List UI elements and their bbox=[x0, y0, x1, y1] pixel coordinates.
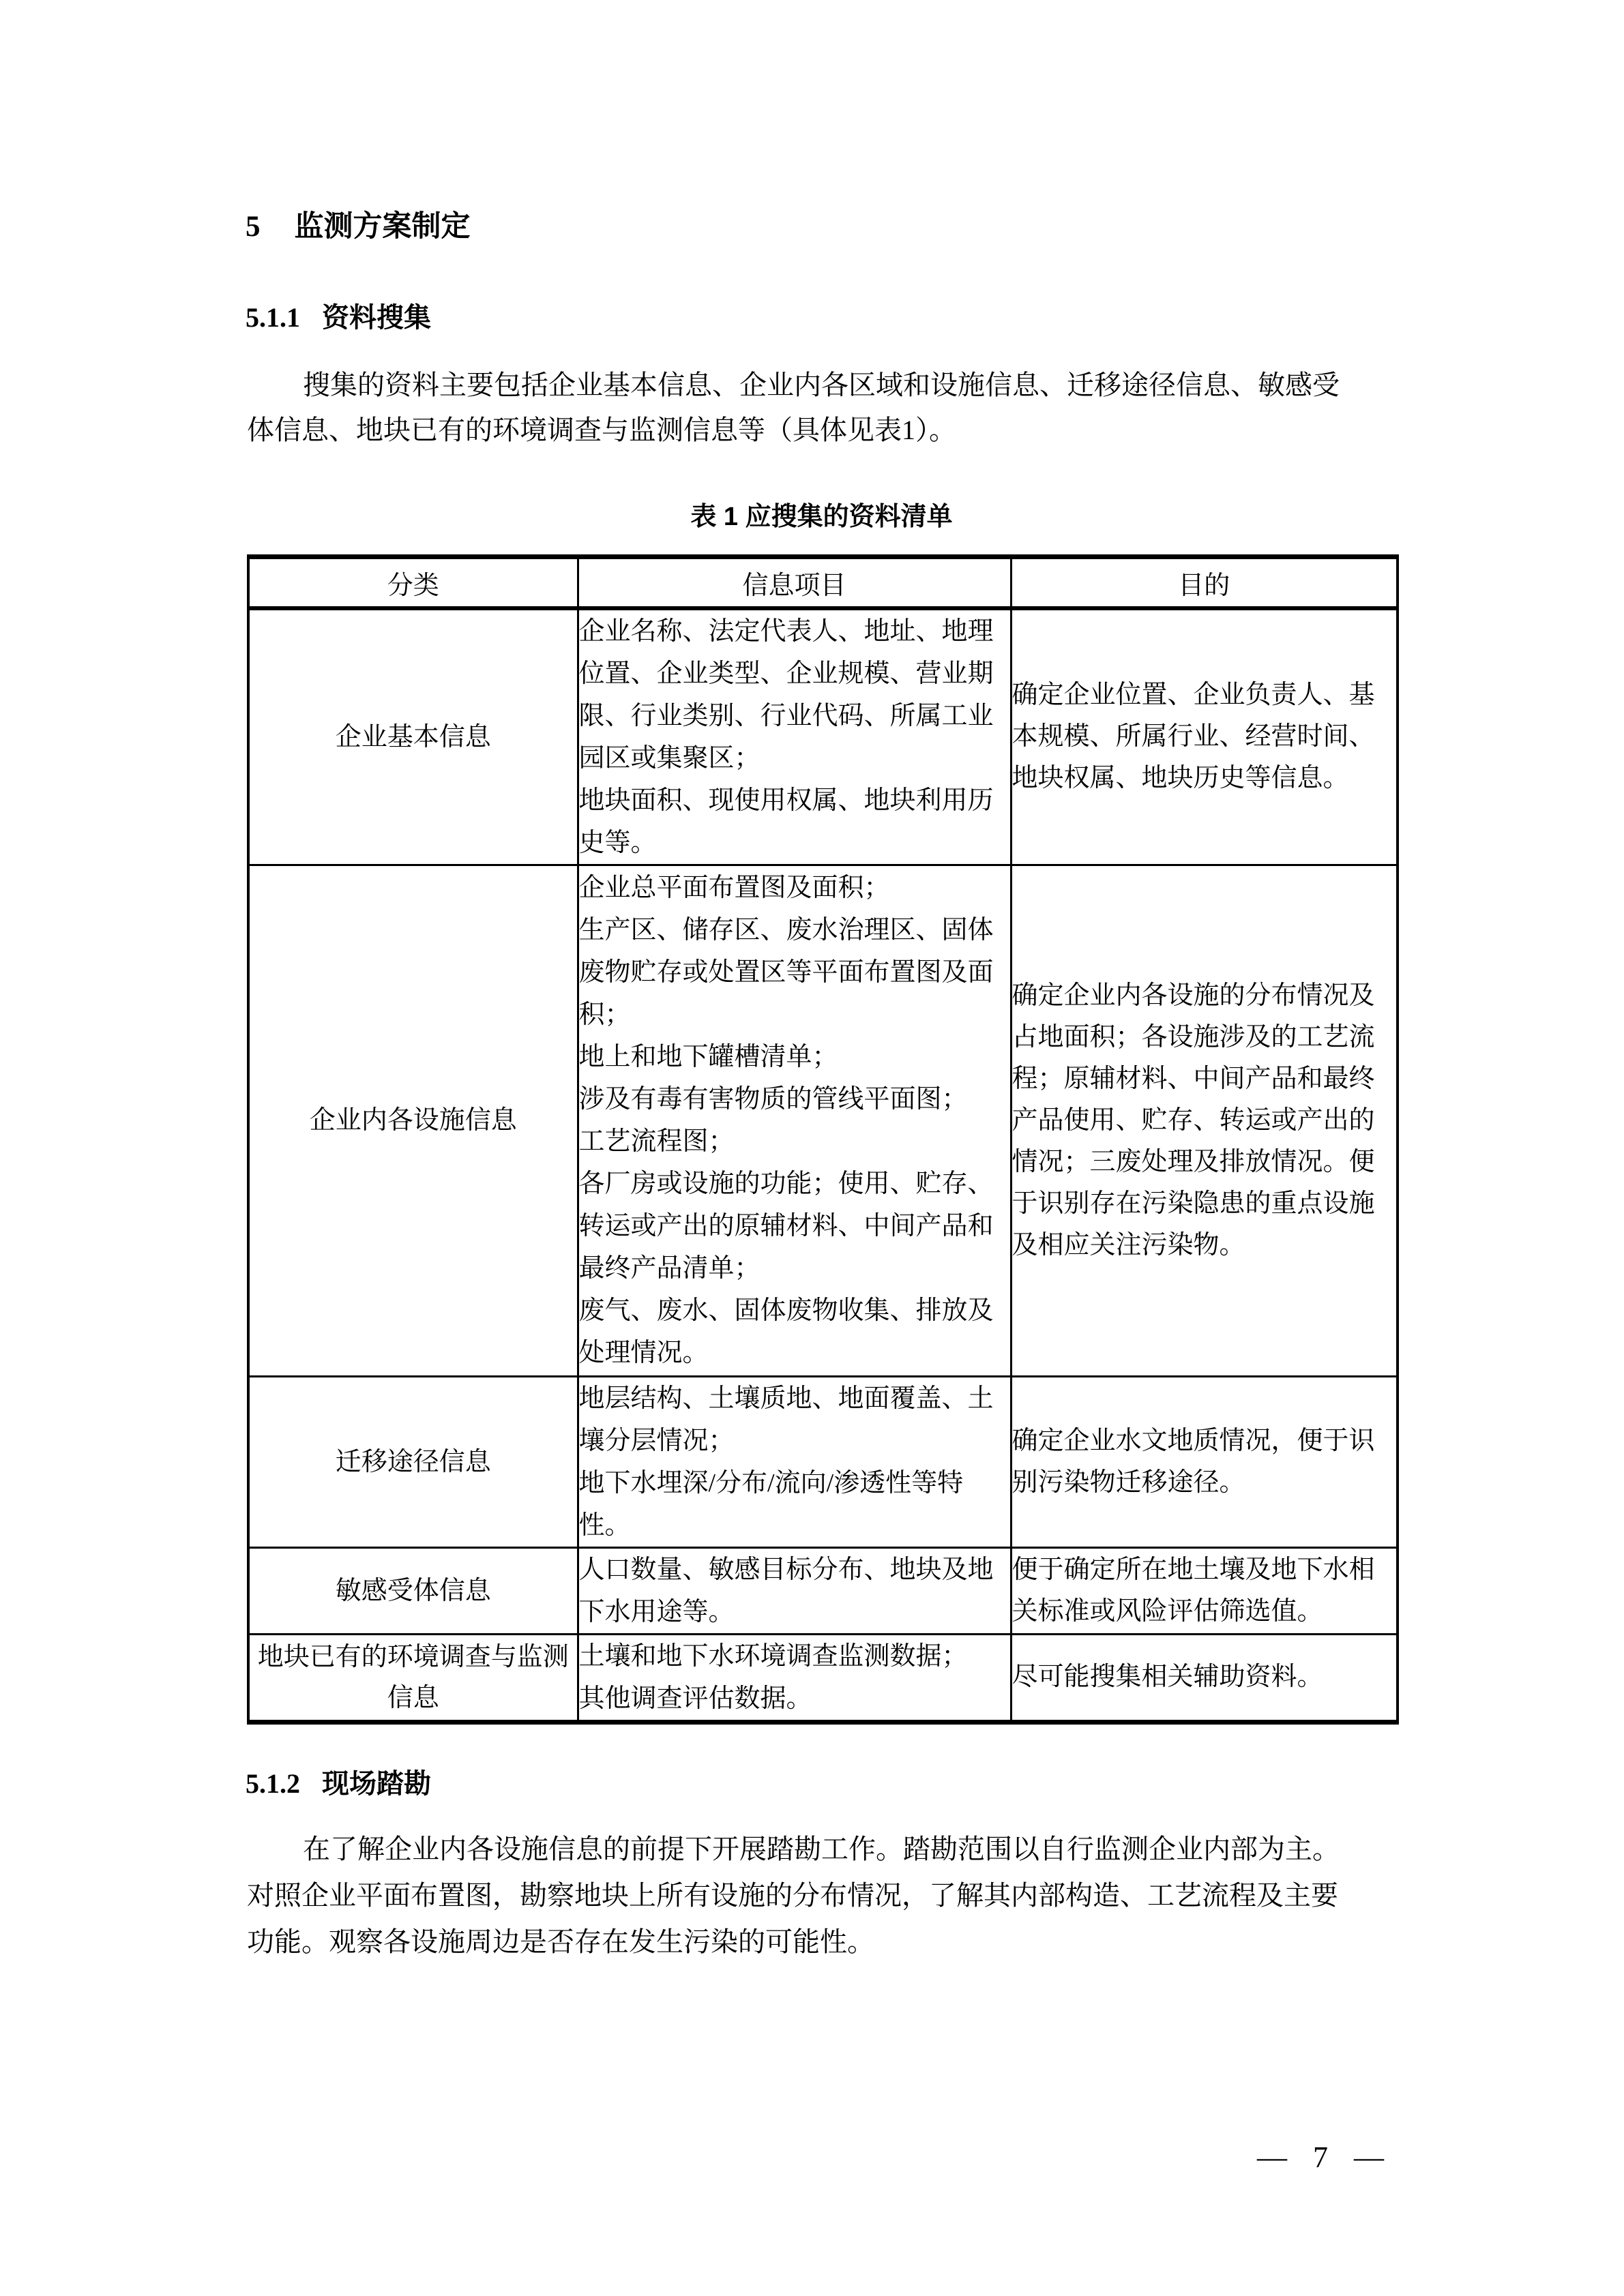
subsection-title: 资料搜集 bbox=[322, 303, 431, 333]
cell-info-items: 企业名称、法定代表人、地址、地理位置、企业类型、企业规模、营业期限、行业类别、行… bbox=[578, 608, 1011, 865]
paragraph-data-collection: 搜集的资料主要包括企业基本信息、企业内各区域和设施信息、迁移途径信息、敏感受体信… bbox=[247, 363, 1404, 453]
table-row-migration-pathway: 迁移途径信息 地层结构、土壤质地、地面覆盖、土壤分层情况；地下水埋深/分布/流向… bbox=[248, 1376, 1398, 1547]
cell-category: 地块已有的环境调查与监测信息 bbox=[248, 1634, 578, 1722]
cell-category: 企业内各设施信息 bbox=[248, 865, 578, 1376]
paragraph-site-reconnaissance: 在了解企业内各设施信息的前提下开展踏勘工作。踏勘范围以自行监测企业内部为主。对照… bbox=[247, 1826, 1404, 1965]
col-header-purpose: 目的 bbox=[1011, 557, 1398, 608]
table-row-existing-survey: 地块已有的环境调查与监测信息 土壤和地下水环境调查监测数据；其他调查评估数据。 … bbox=[248, 1634, 1398, 1722]
table-header-row: 分类 信息项目 目的 bbox=[248, 557, 1398, 608]
table-row-facility-info: 企业内各设施信息 企业总平面布置图及面积；生产区、储存区、废水治理区、固体废物贮… bbox=[248, 865, 1398, 1376]
col-header-info-items: 信息项目 bbox=[578, 557, 1011, 608]
page-footer: —7— bbox=[1257, 2140, 1384, 2175]
cell-category: 敏感受体信息 bbox=[248, 1547, 578, 1634]
cell-purpose: 确定企业内各设施的分布情况及占地面积；各设施涉及的工艺流程；原辅材料、中间产品和… bbox=[1011, 865, 1398, 1376]
cell-category: 迁移途径信息 bbox=[248, 1376, 578, 1547]
section-number: 5 bbox=[246, 211, 261, 243]
cell-info-items: 土壤和地下水环境调查监测数据；其他调查评估数据。 bbox=[578, 1634, 1011, 1722]
cell-info-items: 企业总平面布置图及面积；生产区、储存区、废水治理区、固体废物贮存或处置区等平面布… bbox=[578, 865, 1011, 1376]
cell-info-items: 地层结构、土壤质地、地面覆盖、土壤分层情况；地下水埋深/分布/流向/渗透性等特性… bbox=[578, 1376, 1011, 1547]
cell-info-items: 人口数量、敏感目标分布、地块及地下水用途等。 bbox=[578, 1547, 1011, 1634]
cell-purpose: 确定企业水文地质情况，便于识别污染物迁移途径。 bbox=[1011, 1376, 1398, 1547]
subsection-heading-5-1-2: 5.1.2现场踏勘 bbox=[246, 1762, 431, 1801]
table-row-sensitive-receptor: 敏感受体信息 人口数量、敏感目标分布、地块及地下水用途等。 便于确定所在地土壤及… bbox=[248, 1547, 1398, 1634]
cell-purpose: 确定企业位置、企业负责人、基本规模、所属行业、经营时间、地块权属、地块历史等信息… bbox=[1011, 608, 1398, 865]
col-header-category: 分类 bbox=[248, 557, 578, 608]
subsection-title: 现场踏勘 bbox=[322, 1769, 431, 1799]
subsection-heading-5-1-1: 5.1.1资料搜集 bbox=[246, 296, 431, 335]
page-number: 7 bbox=[1313, 2141, 1328, 2174]
section-title: 监测方案制定 bbox=[295, 210, 471, 243]
subsection-number: 5.1.1 bbox=[246, 302, 300, 333]
cell-purpose: 便于确定所在地土壤及地下水相关标准或风险评估筛选值。 bbox=[1011, 1547, 1398, 1634]
table-caption: 表 1 应搜集的资料清单 bbox=[247, 495, 1396, 533]
footer-dash-left: — bbox=[1257, 2141, 1287, 2174]
cell-purpose: 尽可能搜集相关辅助资料。 bbox=[1011, 1634, 1398, 1722]
document-page: 5监测方案制定 5.1.1资料搜集 搜集的资料主要包括企业基本信息、企业内各区域… bbox=[0, 0, 1624, 2296]
footer-dash-right: — bbox=[1354, 2141, 1384, 2174]
materials-table: 分类 信息项目 目的 企业基本信息 企业名称、法定代表人、地址、地理位置、企业类… bbox=[247, 554, 1399, 1725]
subsection-number: 5.1.2 bbox=[246, 1768, 300, 1799]
table-row-basic-info: 企业基本信息 企业名称、法定代表人、地址、地理位置、企业类型、企业规模、营业期限… bbox=[248, 608, 1398, 865]
cell-category: 企业基本信息 bbox=[248, 608, 578, 865]
section-heading-5: 5监测方案制定 bbox=[246, 203, 471, 245]
